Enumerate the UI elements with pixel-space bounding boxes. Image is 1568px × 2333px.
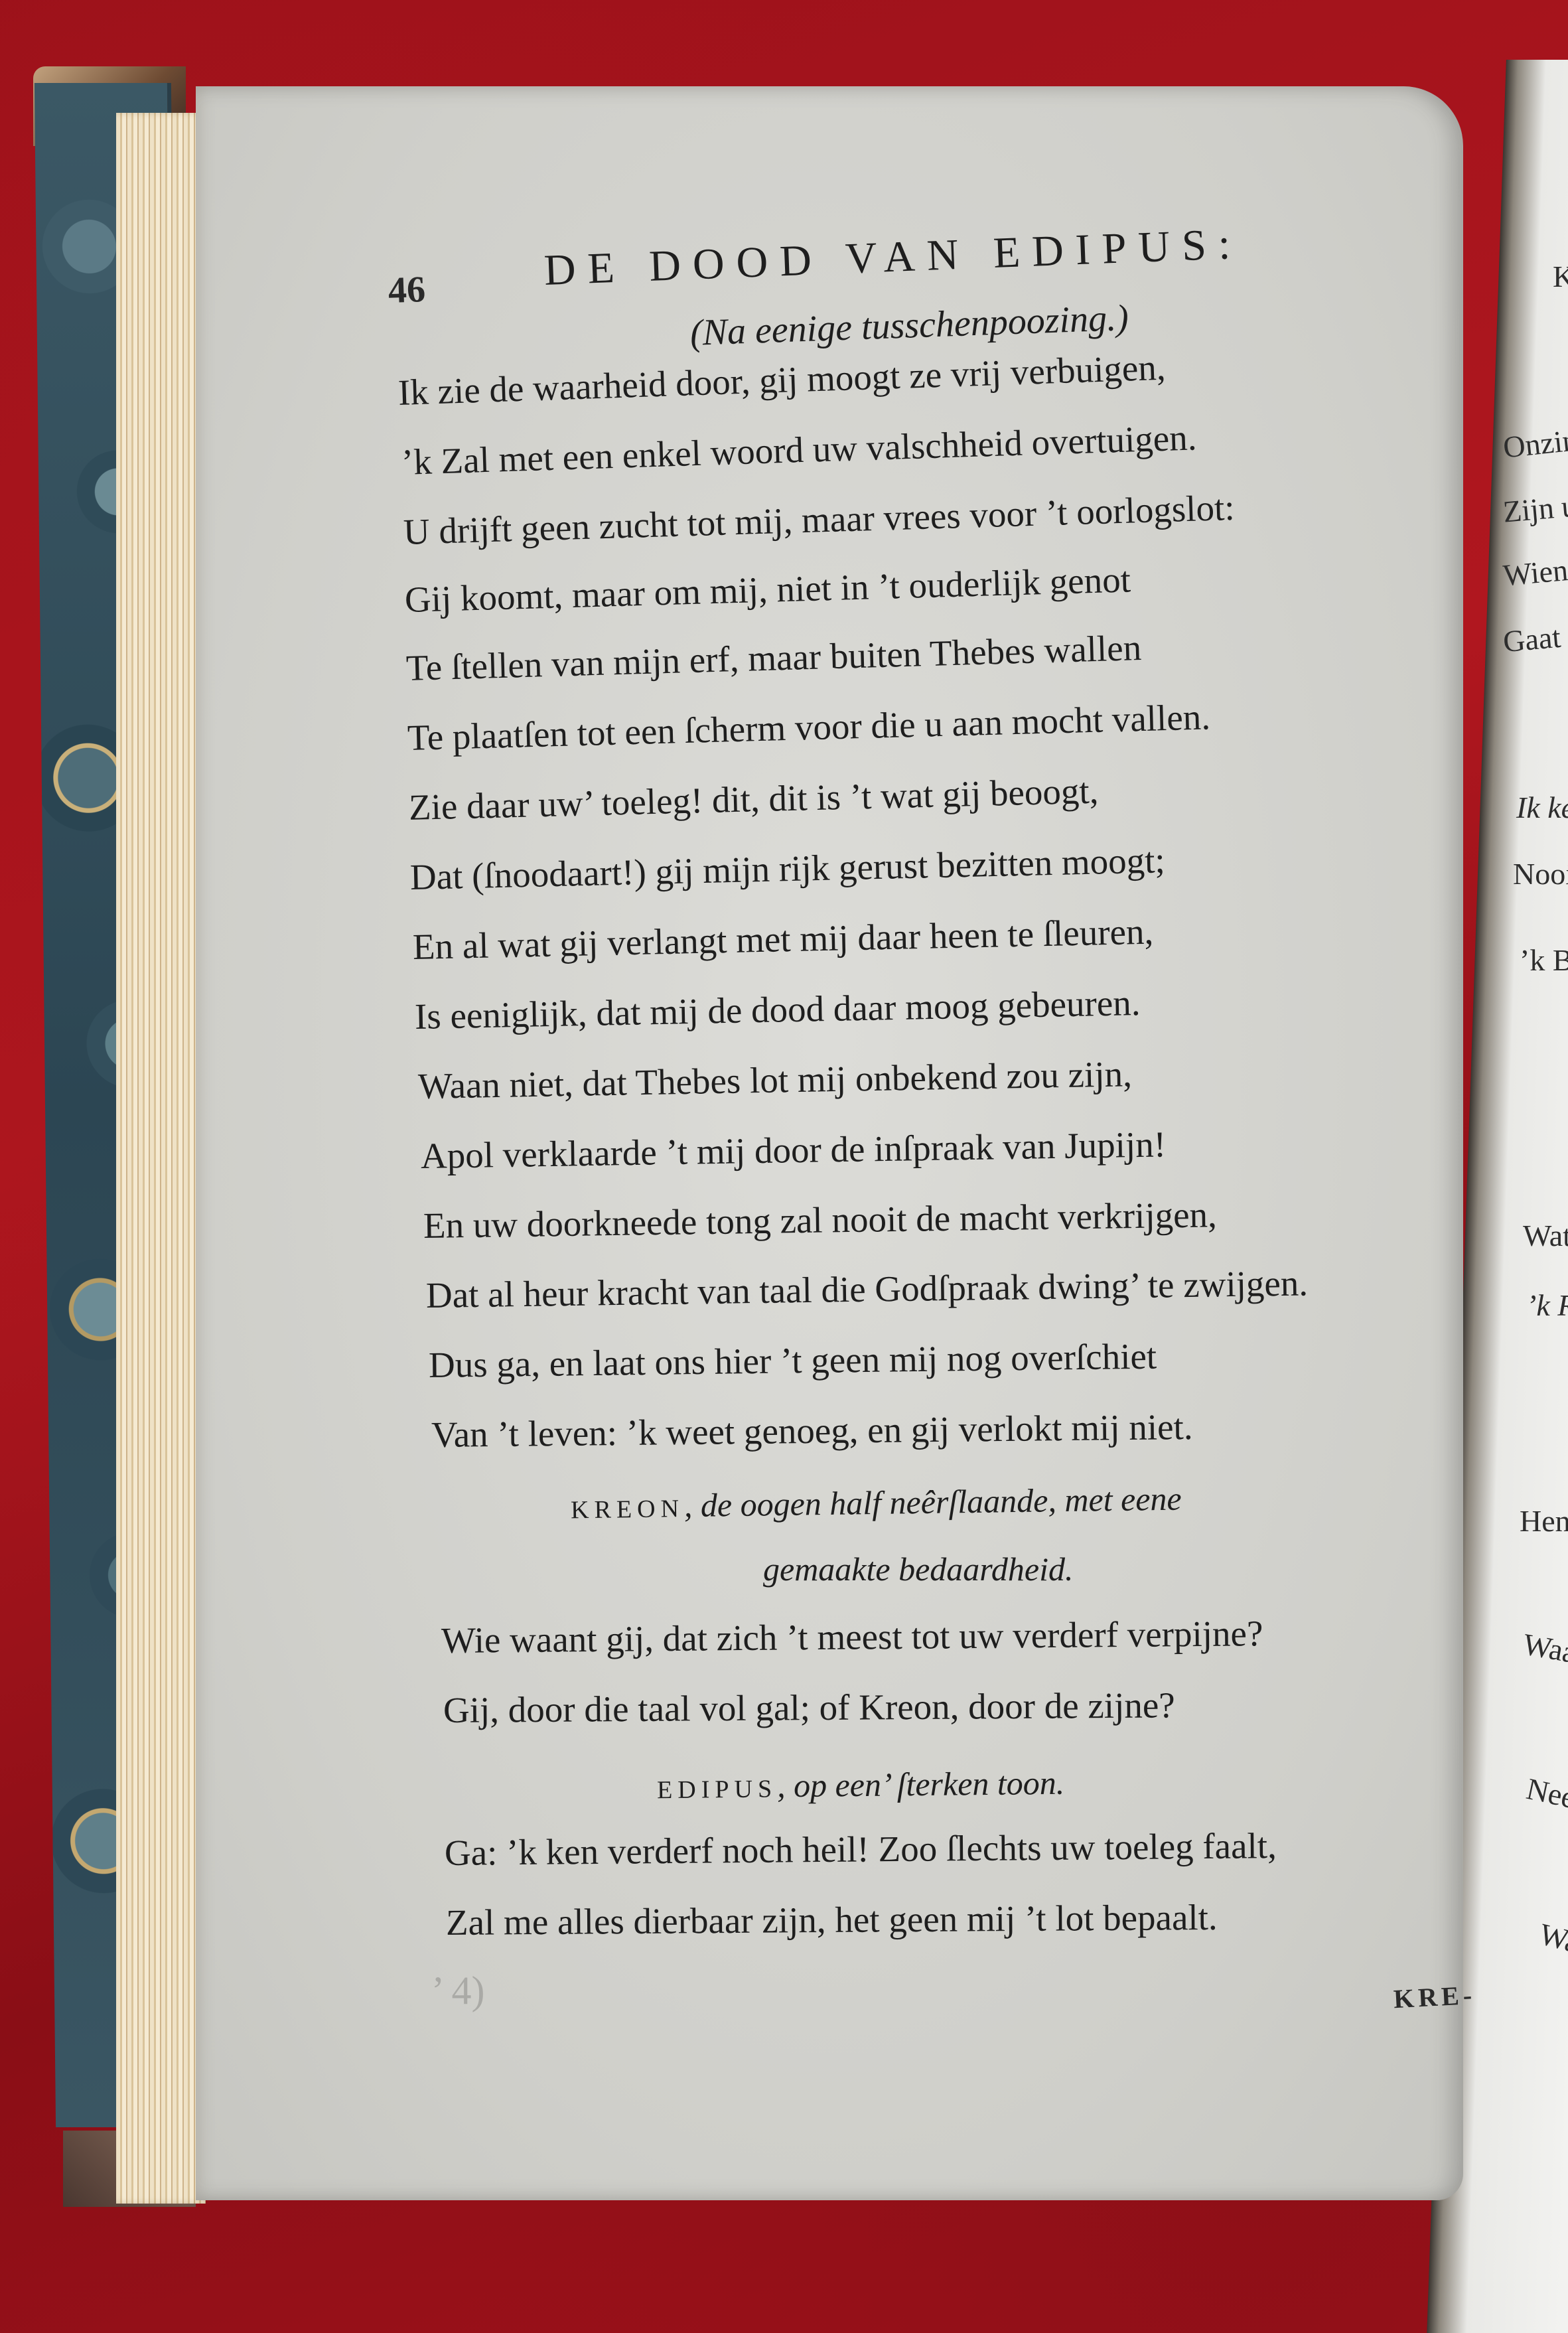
facing-fragment: ’k Roo [1526,1288,1568,1323]
facing-fragment: Wien ’ [1502,551,1568,593]
verse-line: Van ’t leven: ’k weet genoeg, en gij ver… [431,1406,1193,1456]
verse-line: Gij, door die taal vol gal; of Kreon, do… [443,1684,1175,1731]
facing-fragment: Gaat n [1502,617,1568,659]
facing-fragment: Wat w [1523,1218,1568,1253]
speaker-direction-cont: gemaakte bedaardheid. [763,1550,1073,1588]
verse-line: Dus ga, en laat ons hier ’t geen mij nog… [429,1335,1157,1386]
verse-line: Ga: ’k ken verderf noch heil! Zoo ſlecht… [445,1825,1277,1874]
page-edges [116,113,206,2204]
speaker-direction: , op een’ ſterken toon. [777,1764,1065,1805]
verse-line: Zal me alles dierbaar zijn, het geen mij… [446,1896,1218,1943]
speaker-name: KREON [571,1495,684,1524]
facing-fragment: ’k Bea [1520,942,1568,978]
signature-mark: ’ 4) [431,1968,485,2014]
facing-fragment: Ik ken [1516,790,1568,825]
facing-fragment: Zijn u [1502,488,1568,529]
speaker-heading-edipus: EDIPUS, op een’ ſterken toon. [657,1764,1065,1806]
speaker-name: EDIPUS [657,1775,777,1804]
page-number: 46 [388,268,426,312]
speaker-direction: , de oogen half neêrſlaande, met eene [684,1480,1182,1524]
verse-line: Wie waant gij, dat zich ’t meest tot uw … [441,1612,1263,1661]
facing-fragment: K [1553,259,1568,294]
facing-fragment: Nooit l [1513,856,1568,891]
facing-fragment: Hen all [1520,1503,1568,1539]
catchword: KRE- [1393,1979,1476,2014]
